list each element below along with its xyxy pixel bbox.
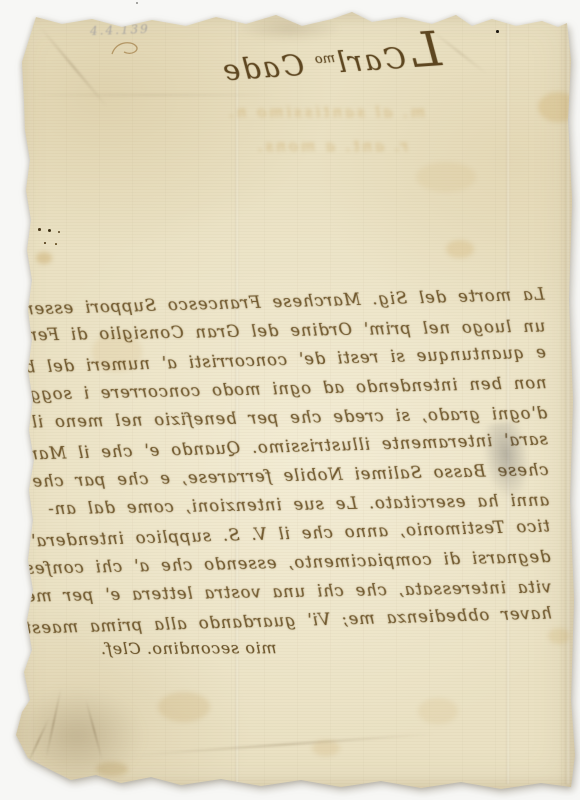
wrinkle-line [26,718,50,766]
ink-speck-cluster [30,222,66,248]
fold-crease-left [235,18,239,784]
ink-speck [44,242,46,244]
docket-name: Carl [334,41,407,80]
ghost-line: m. al santissimo n. [225,103,425,121]
manuscript-line: haver obbedienza me; Vi' guardando alla … [34,600,553,643]
ghost-line: r. ant. a mons. [228,137,408,155]
docket-flourish: L [407,21,443,79]
closing-line: mio secondino. Clef. [172,635,276,662]
manuscript-line: d'ogni grado, si crede che per benefizio… [29,400,547,437]
manuscript-line: un luogo nel prim' Ordine del Gran Consi… [27,313,545,350]
manuscript-line: La morte del Sig. Marchese Francesco Sup… [26,281,545,324]
fold-crease-edge [565,18,571,784]
manuscript-line: chese Basso Salimei Nobile ferrarese, e … [30,456,549,496]
manuscript-line: tico Testimonio, anno che il V. S. suppl… [32,513,551,556]
ink-speck [496,30,499,33]
manuscript-line: vita interessata, che chi una vostra let… [33,573,551,610]
ink-doodle-mark [110,38,144,58]
stain [416,162,476,192]
stain [538,92,578,122]
stain [418,698,458,724]
wrinkle-shade [12,688,144,784]
manuscript-line: anni ha esercitato. Le sue intenzioni, c… [31,486,549,523]
manuscript-line: e quantunque si resti de' concorristi a'… [28,339,547,382]
stain [158,692,210,722]
fold-crease-right [506,18,510,784]
wrinkle-line [45,688,62,759]
scanned-document: 4.4.139 LCarlmo Cade m. al santissimo n.… [0,0,580,800]
ink-speck [58,231,60,233]
corner-crease-topleft [39,26,107,107]
stain [312,740,340,756]
stain [548,628,570,644]
wrinkle-line [85,700,103,760]
stain [92,332,142,372]
ink-speck [55,243,57,245]
paper-shadow: 4.4.139 LCarlmo Cade m. al santissimo n.… [0,0,580,800]
ink-speck [38,228,41,231]
docket-superscript: mo [314,51,335,67]
ink-speck [48,229,51,232]
stain [446,240,474,258]
ink-smudge [479,419,536,505]
stain [36,252,52,264]
manuscript-paper: 4.4.139 LCarlmo Cade m. al santissimo n.… [0,0,580,800]
bottom-crease [135,733,434,756]
stain [96,762,128,776]
manuscript-line: degnarsi di compiacimento, essendo che a… [32,543,551,583]
docket-inscription: LCarlmo Cade [184,19,445,113]
docket-surname: Cade [220,48,305,88]
manuscript-line: sara' interamente illustrissimo. Quando … [30,426,549,469]
manuscript-line: non ben intendendo ad ogni modo concorre… [28,369,547,409]
pencil-archival-number: 4.4.139 [90,22,150,38]
